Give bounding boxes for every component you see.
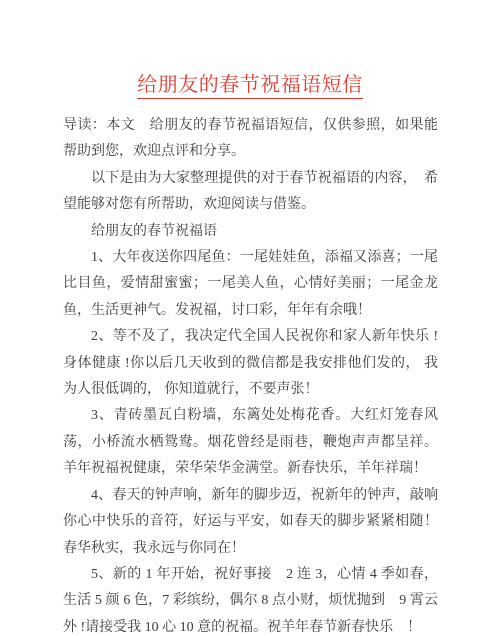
summary-paragraph: 以下是由为大家整理提供的对于春节祝福语的内容， 希望能够对您有所帮助，欢迎阅读与… xyxy=(63,166,438,219)
greeting-item-5: 5、新的 1 年开始，祝好事接 2 连 3，心情 4 季如春，生活 5 颜 6 … xyxy=(63,562,438,636)
greeting-item-3: 3、青砖墨瓦白粉墙，东篱处处梅花香。大红灯笼春风荡，小桥流水栖鸳鸯。烟花曾经是雨… xyxy=(63,403,438,482)
greeting-item-2: 2、等不及了，我决定代全国人民祝你和家人新年快乐 !身体健康 !你以后几天收到的… xyxy=(63,324,438,403)
page-title-text: 给朋友的春节祝福语短信 xyxy=(137,74,363,99)
greeting-item-1: 1、大年夜送你四尾鱼：一尾娃娃鱼，添福又添喜；一尾比目鱼，爱情甜蜜蜜；一尾美人鱼… xyxy=(63,245,438,324)
page-title: 给朋友的春节祝福语短信 xyxy=(0,68,500,97)
section-heading-paragraph: 给朋友的春节祝福语 xyxy=(63,219,438,245)
intro-paragraph: 导读：本文 给朋友的春节祝福语短信，仅供参照，如果能帮助到您，欢迎点评和分享。 xyxy=(63,113,438,166)
document-body: 导读：本文 给朋友的春节祝福语短信，仅供参照，如果能帮助到您，欢迎点评和分享。 … xyxy=(63,113,438,636)
document-page: 给朋友的春节祝福语短信 导读：本文 给朋友的春节祝福语短信，仅供参照，如果能帮助… xyxy=(0,0,500,636)
greeting-item-4: 4、春天的钟声响，新年的脚步迈，祝新年的钟声，敲响你心中快乐的音符，好运与平安，… xyxy=(63,483,438,562)
